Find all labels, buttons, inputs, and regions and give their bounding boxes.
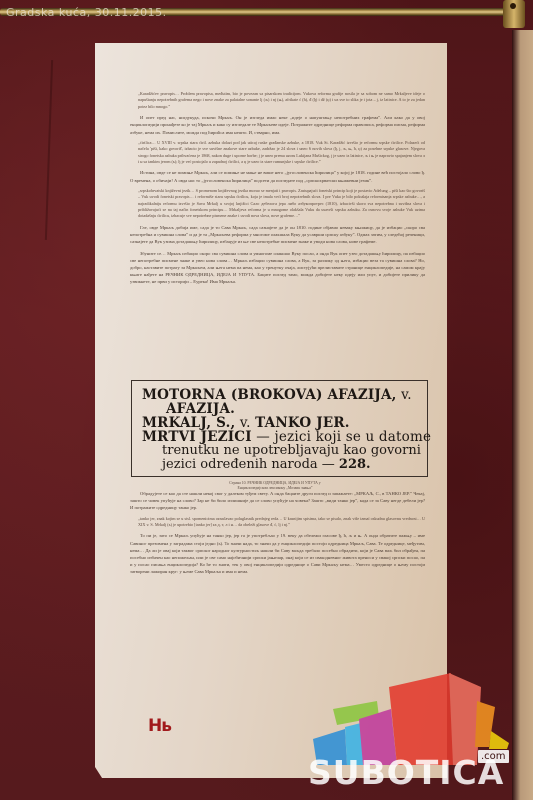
rod-bracket [503,0,525,28]
entry-page-number: 228. [339,457,371,472]
paragraph: Гле, овде Мркаљ добија име, сада је то С… [130,224,425,246]
handwritten-letter-mark: Нь [148,716,171,736]
paragraph: „ćirilica… U XVIII v. srpska stara ćiril… [138,140,425,166]
poster-text-top: „Karadžićev pravopis… Problem pravopisa,… [130,91,425,290]
paragraph: „Karadžićev pravopis… Problem pravopisa,… [138,91,425,110]
paragraph: И опет пред нас, нигдукуда, искочи Мркаљ… [130,114,425,136]
dict-entry-motorna-afazija: MOTORNA (BROKOVA) AFAZIJA, v. [142,388,419,402]
entry-definition-cont: trenutku ne upotrebljavaju kao govorni [142,444,419,458]
dict-entry-mrtvi-jezici: MRTVI JEZICI — jezici koji se u datome [142,430,419,444]
paragraph: Обрадујете се као да сте нашли некој сво… [130,490,425,512]
subotica-com-logo: .com SUBOTICA [305,665,533,800]
dict-entry-mrkalj: MRKALJ, S., v. TANKO JER. [142,416,419,430]
dict-entry-afazija: AFAZIJA. [142,402,419,416]
dictionary-excerpt-box: MOTORNA (BROKOVA) AFAZIJA, v. AFAZIJA. M… [131,380,428,477]
entry-ref: v. [397,387,412,403]
paragraph: „tanko jer, znak kojim se u stsl. spomen… [138,516,425,529]
photo-watermark: Gradska kuća, 30.11.2015. [6,6,167,19]
paragraph: „srpskohrvatski književni jezik… S prome… [138,188,425,220]
logo-wordmark: SUBOTICA [308,753,504,792]
paragraph: Збуните се… Мркаљ избацио скоро сва суви… [130,250,425,286]
paragraph: То пи је, зато се Мркаљ упућује на танко… [130,532,425,575]
poster-text-bottom: Обрадујете се као да сте нашли некој сво… [130,490,425,580]
paragraph: Истина, овде се не помиње Мркаљ, али се … [130,169,425,183]
entry-definition-cont: jezici određenih naroda — 228. [142,458,419,472]
entry-definition-end: jezici određenih naroda — [162,457,339,472]
